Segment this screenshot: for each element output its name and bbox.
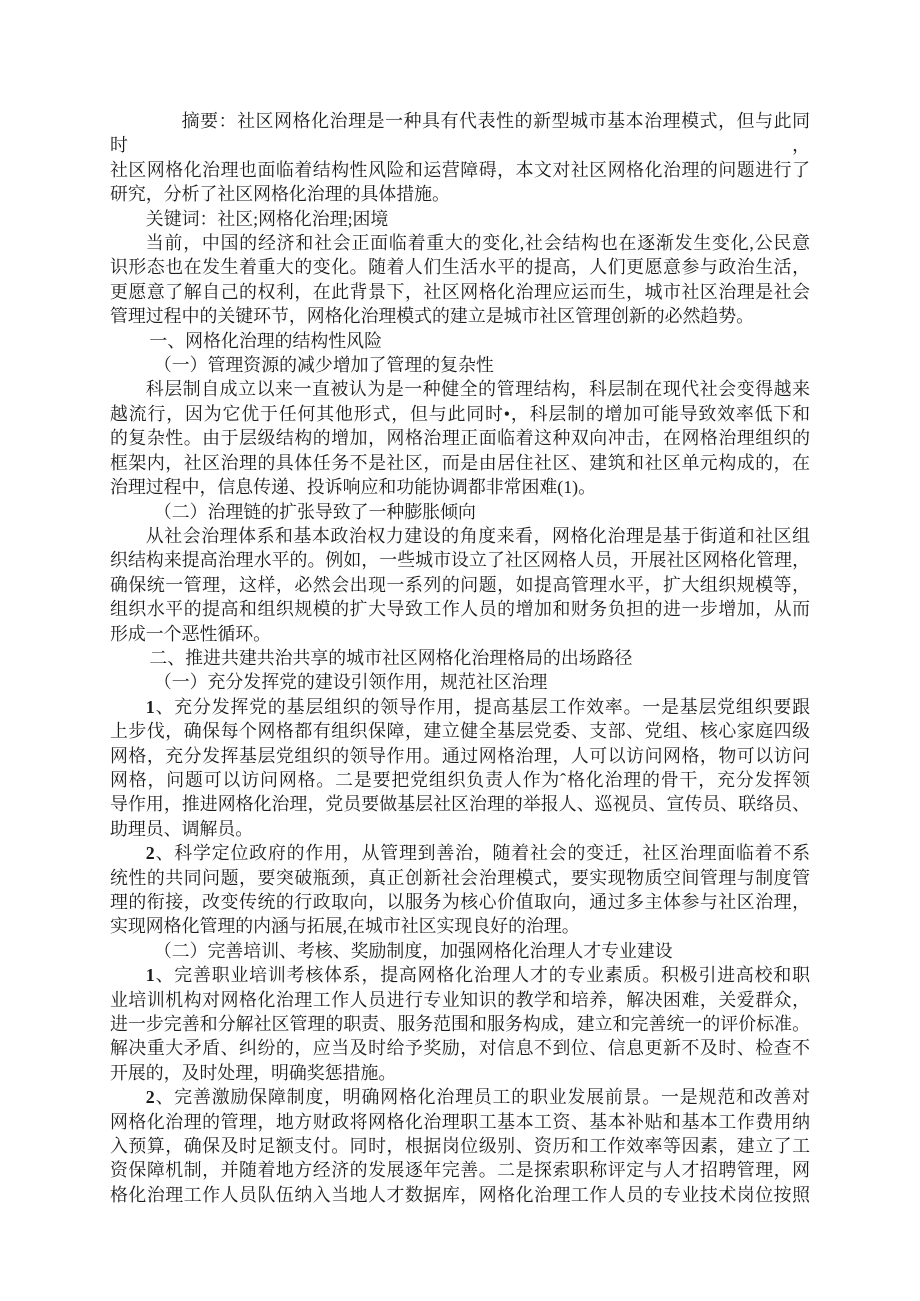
- paragraph-government-role: 2、科学定位政府的作用，从管理到善治，随着社会的变迁，社区治理面临着不系 统性的…: [110, 841, 810, 939]
- paragraph-training: 1、完善职业培训考核体系，提高网格化治理人才的专业素质。积极引进高校和职 业培训…: [110, 963, 810, 1085]
- text-line: 确保统一管理，这样，必然会出现一系列的问题，如提高管理水平，扩大组织规模等，: [110, 573, 810, 597]
- text-line: 组织水平的提高和组织规模的扩大导致工作人员的增加和财务负担的进一步增加，从而: [110, 597, 810, 621]
- text-line: 业培训机构对网格化治理工作人员进行专业知识的教学和培养，解决困难，关爱群众，: [110, 988, 810, 1012]
- paragraph-bureaucracy: 科层制自成立以来一直被认为是一种健全的管理结构，科层制在现代社会变得越来 越流行…: [110, 377, 810, 499]
- text-line: 2、科学定位政府的作用，从管理到善治，随着社会的变迁，社区治理面临着不系: [110, 841, 810, 865]
- text-line: 摘要：社区网格化治理是一种具有代表性的新型城市基本治理模式，但与此同时，: [110, 109, 810, 158]
- text-line: 织结构来提高治理水平的。例如，一些城市设立了社区网格人员，开展社区网格化管理，: [110, 548, 810, 572]
- text-line: 科层制自成立以来一直被认为是一种健全的管理结构，科层制在现代社会变得越来: [110, 377, 810, 401]
- text-line: 框架内，社区治理的具体任务不是社区，而是由居住社区、建筑和社区单元构成的，在: [110, 451, 810, 475]
- text-line: 更愿意了解自己的权利，在此背景下，社区网格化治理应运而生，城市社区治理是社会: [110, 280, 810, 304]
- text-line: 识形态也在发生着重大的变化。随着人们生活水平的提高，人们更愿意参与政治生活，: [110, 255, 810, 279]
- line-text: 、完善激励保障制度，明确网格化治理员工的职业发展前景。一是规范和改善对: [155, 1087, 810, 1107]
- paragraph-party-leadership: 1、充分发挥党的基层组织的领导作用，提高基层工作效率。一是基层党组织要跟 上步伐…: [110, 695, 810, 841]
- heading-line: （二）治理链的扩张导致了一种膨胀倾向: [110, 500, 810, 524]
- subsection-heading-2-1: （一）充分发挥党的建设引领作用，规范社区治理: [110, 670, 810, 694]
- section-heading-1: 一、网格化治理的结构性风险: [110, 329, 810, 353]
- text-line: 从社会治理体系和基本政治权力建设的角度来看，网格化治理是基于街道和社区组: [110, 524, 810, 548]
- heading-line: （二）完善培训、考核、奖励制度，加强网格化治理人才专业建设: [110, 939, 810, 963]
- text-line: 管理过程中的关键环节，网格化治理模式的建立是城市社区管理创新的必然趋势。: [110, 304, 810, 328]
- text-line: 形成一个恶性循环。: [110, 622, 810, 646]
- text-line: 当前，中国的经济和社会正面临着重大的变化,社会结构也在逐渐发生变化,公民意: [110, 231, 810, 255]
- line-text: 、科学定位政府的作用，从管理到善治，随着社会的变迁，社区治理面临着不系: [155, 843, 810, 863]
- text-line: 实现网格化管理的内涵与拓展,在城市社区实现良好的治理。: [110, 914, 810, 938]
- subsection-heading-2-2: （二）完善培训、考核、奖励制度，加强网格化治理人才专业建设: [110, 939, 810, 963]
- paragraph-expansion: 从社会治理体系和基本政治权力建设的角度来看，网格化治理是基于街道和社区组 织结构…: [110, 524, 810, 646]
- text-line: 进一步完善和分解社区管理的职责、服务范围和服务构成，建立和完善统一的评价标准。: [110, 1012, 810, 1036]
- text-line: 治理过程中，信息传递、投诉响应和功能协调都非常困难(1)。: [110, 475, 810, 499]
- heading-line: （一）充分发挥党的建设引领作用，规范社区治理: [110, 670, 810, 694]
- text-line: 资保障机制，并随着地方经济的发展逐年完善。二是探索职称评定与人才招聘管理，网: [110, 1158, 810, 1182]
- text-line: 开展的，及时处理，明确奖惩措施。: [110, 1061, 810, 1085]
- text-line: 格化治理工作人员队伍纳入当地人才数据库，网格化治理工作人员的专业技术岗位按照: [110, 1183, 810, 1207]
- text-line: 理的衔接，改变传统的行政取向，以服务为核心价值取向，通过多主体参与社区治理，: [110, 890, 810, 914]
- paragraph-abstract: 摘要：社区网格化治理是一种具有代表性的新型城市基本治理模式，但与此同时， 社区网…: [110, 109, 810, 207]
- text-line: 网格化治理的管理，地方财政将网格化治理职工基本工资、基本补贴和基本工作费用纳: [110, 1110, 810, 1134]
- text-line: 的复杂性。由于层级结构的增加，网格治理正面临着这种双向冲击，在网格治理组织的: [110, 426, 810, 450]
- text-line: 越流行，因为它优于任何其他形式，但与此同时•，科层制的增加可能导致效率低下和: [110, 402, 810, 426]
- text-line: 入预算，确保及时足额支付。同时，根据岗位级别、资历和工作效率等因素，建立了工: [110, 1134, 810, 1158]
- text-line: 解决重大矛盾、纠纷的，应当及时给予奖励，对信息不到位、信息更新不及时、检查不: [110, 1036, 810, 1060]
- section-heading-2: 二、推进共建共治共享的城市社区网格化治理格局的出场路径: [110, 646, 810, 670]
- heading-line: 二、推进共建共治共享的城市社区网格化治理格局的出场路径: [110, 646, 810, 670]
- text-line: 助理员、调解员。: [110, 817, 810, 841]
- text-line: 1、完善职业培训考核体系，提高网格化治理人才的专业素质。积极引进高校和职: [110, 963, 810, 987]
- list-number: 1: [146, 697, 155, 717]
- text-line: 1、充分发挥党的基层组织的领导作用，提高基层工作效率。一是基层党组织要跟: [110, 695, 810, 719]
- text-line: 上步伐，确保每个网格都有组织保障，建立健全基层党委、支部、党组、核心家庭四级: [110, 719, 810, 743]
- text-line: 导作用，推进网格化治理，党员要做基层社区治理的举报人、巡视员、宣传员、联络员、: [110, 792, 810, 816]
- subsection-heading-1-1: （一）管理资源的减少增加了管理的复杂性: [110, 353, 810, 377]
- subsection-heading-1-2: （二）治理链的扩张导致了一种膨胀倾向: [110, 500, 810, 524]
- list-number: 2: [146, 843, 155, 863]
- text-line: 统性的共同问题，要突破瓶颈，真正创新社会治理模式，要实现物质空间管理与制度管: [110, 866, 810, 890]
- text-line: 网格，充分发挥基层党组织的领导作用。通过网格治理，人可以访问网格，物可以访问: [110, 744, 810, 768]
- document-content: 摘要：社区网格化治理是一种具有代表性的新型城市基本治理模式，但与此同时， 社区网…: [110, 109, 810, 1207]
- paragraph-intro: 当前，中国的经济和社会正面临着重大的变化,社会结构也在逐渐发生变化,公民意 识形…: [110, 231, 810, 329]
- text-line: 网格，问题可以访问网格。二是要把党组织负责人作为ˆ格化治理的骨干，充分发挥领: [110, 768, 810, 792]
- text-line: 2、完善激励保障制度，明确网格化治理员工的职业发展前景。一是规范和改善对: [110, 1085, 810, 1109]
- line-text: 、完善职业培训考核体系，提高网格化治理人才的专业素质。积极引进高校和职: [155, 965, 810, 985]
- heading-line: （一）管理资源的减少增加了管理的复杂性: [110, 353, 810, 377]
- text-line: 研究，分析了社区网格化治理的具体措施。: [110, 182, 810, 206]
- list-number: 1: [146, 965, 155, 985]
- paragraph-keywords: 关键词：社区;网格化治理;困境: [110, 207, 810, 231]
- list-number: 2: [146, 1087, 155, 1107]
- text-line: 社区网格化治理也面临着结构性风险和运营障碍，本文对社区网格化治理的问题进行了: [110, 158, 810, 182]
- paragraph-incentives: 2、完善激励保障制度，明确网格化治理员工的职业发展前景。一是规范和改善对 网格化…: [110, 1085, 810, 1207]
- heading-line: 一、网格化治理的结构性风险: [110, 329, 810, 353]
- document-page: 摘要：社区网格化治理是一种具有代表性的新型城市基本治理模式，但与此同时， 社区网…: [0, 0, 920, 1301]
- line-text: 、充分发挥党的基层组织的领导作用，提高基层工作效率。一是基层党组织要跟: [155, 697, 810, 717]
- text-line: 关键词：社区;网格化治理;困境: [110, 207, 810, 231]
